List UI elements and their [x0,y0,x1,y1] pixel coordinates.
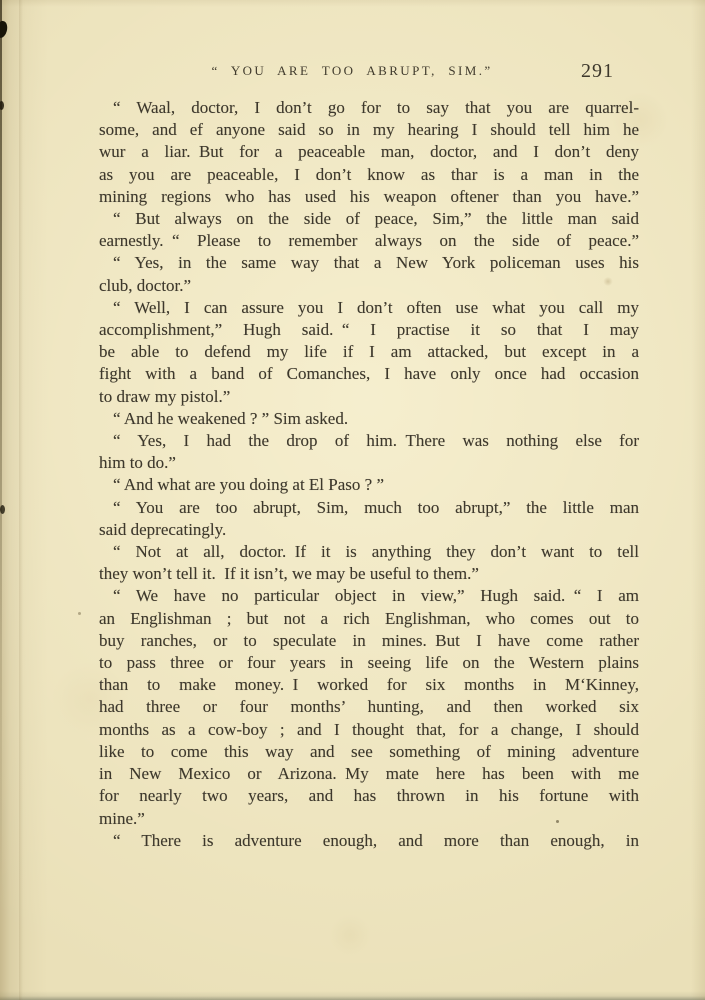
text-line: “ Yes, I had the drop of him. There was … [99,430,639,452]
running-header-title: “ YOU ARE TOO ABRUPT, SIM.” [211,63,492,79]
text-line: “ And he weakened ? ” Sim asked. [99,408,639,430]
binding-ink-mark [0,20,9,39]
text-line: him to do.” [99,452,639,474]
page-number: 291 [581,60,614,83]
text-line: some, and ef anyone said so in my hearin… [99,119,639,141]
paper-speck [78,612,81,615]
binding-ink-mark [0,505,5,514]
text-line: buy ranches, or to speculate in mines. B… [99,630,639,652]
text-line: “ Well, I can assure you I don’t often u… [99,297,639,319]
text-line: to draw my pistol.” [99,386,639,408]
text-line: like to come this way and see something … [99,741,639,763]
text-line: said deprecatingly. [99,519,639,541]
text-line: to pass three or four years in seeing li… [99,652,639,674]
text-line: months as a cow-boy ; and I thought that… [99,719,639,741]
binding-ink-mark [0,101,4,110]
binding-crease [19,0,23,1000]
text-line: “ There is adventure enough, and more th… [99,830,639,852]
text-line: than to make money. I worked for six mon… [99,674,639,696]
text-line: an Englishman ; but not a rich Englishma… [99,608,639,630]
text-line: “ Yes, in the same way that a New York p… [99,252,639,274]
text-line: had three or four months’ hunting, and t… [99,696,639,718]
text-line: “ But always on the side of peace, Sim,”… [99,208,639,230]
text-line: club, doctor.” [99,275,639,297]
text-line: earnestly. “ Please to remember always o… [99,230,639,252]
body-text: “ Waal, doctor, I don’t go for to say th… [99,97,639,852]
text-line: in New Mexico or Arizona. My mate here h… [99,763,639,785]
book-page: “ YOU ARE TOO ABRUPT, SIM.” 291 “ Waal, … [0,0,705,1000]
text-line: fight with a band of Comanches, I have o… [99,363,639,385]
text-line: be able to defend my life if I am attack… [99,341,639,363]
text-line: wur a liar. But for a peaceable man, doc… [99,141,639,163]
text-line: “ We have no particular object in view,”… [99,585,639,607]
text-line: mine.” [99,808,639,830]
text-line: for nearly two years, and has thrown in … [99,785,639,807]
text-line: they won’t tell it. If it isn’t, we may … [99,563,639,585]
text-line: “ Not at all, doctor. If it is anything … [99,541,639,563]
text-line: mining regions who has used his weapon o… [99,186,639,208]
text-line: “ Waal, doctor, I don’t go for to say th… [99,97,639,119]
text-line: “ And what are you doing at El Paso ? ” [99,474,639,496]
text-line: as you are peaceable, I don’t know as th… [99,164,639,186]
text-line: accomplishment,” Hugh said. “ I practise… [99,319,639,341]
text-line: “ You are too abrupt, Sim, much too abru… [99,497,639,519]
binding-edge-line [0,0,2,1000]
